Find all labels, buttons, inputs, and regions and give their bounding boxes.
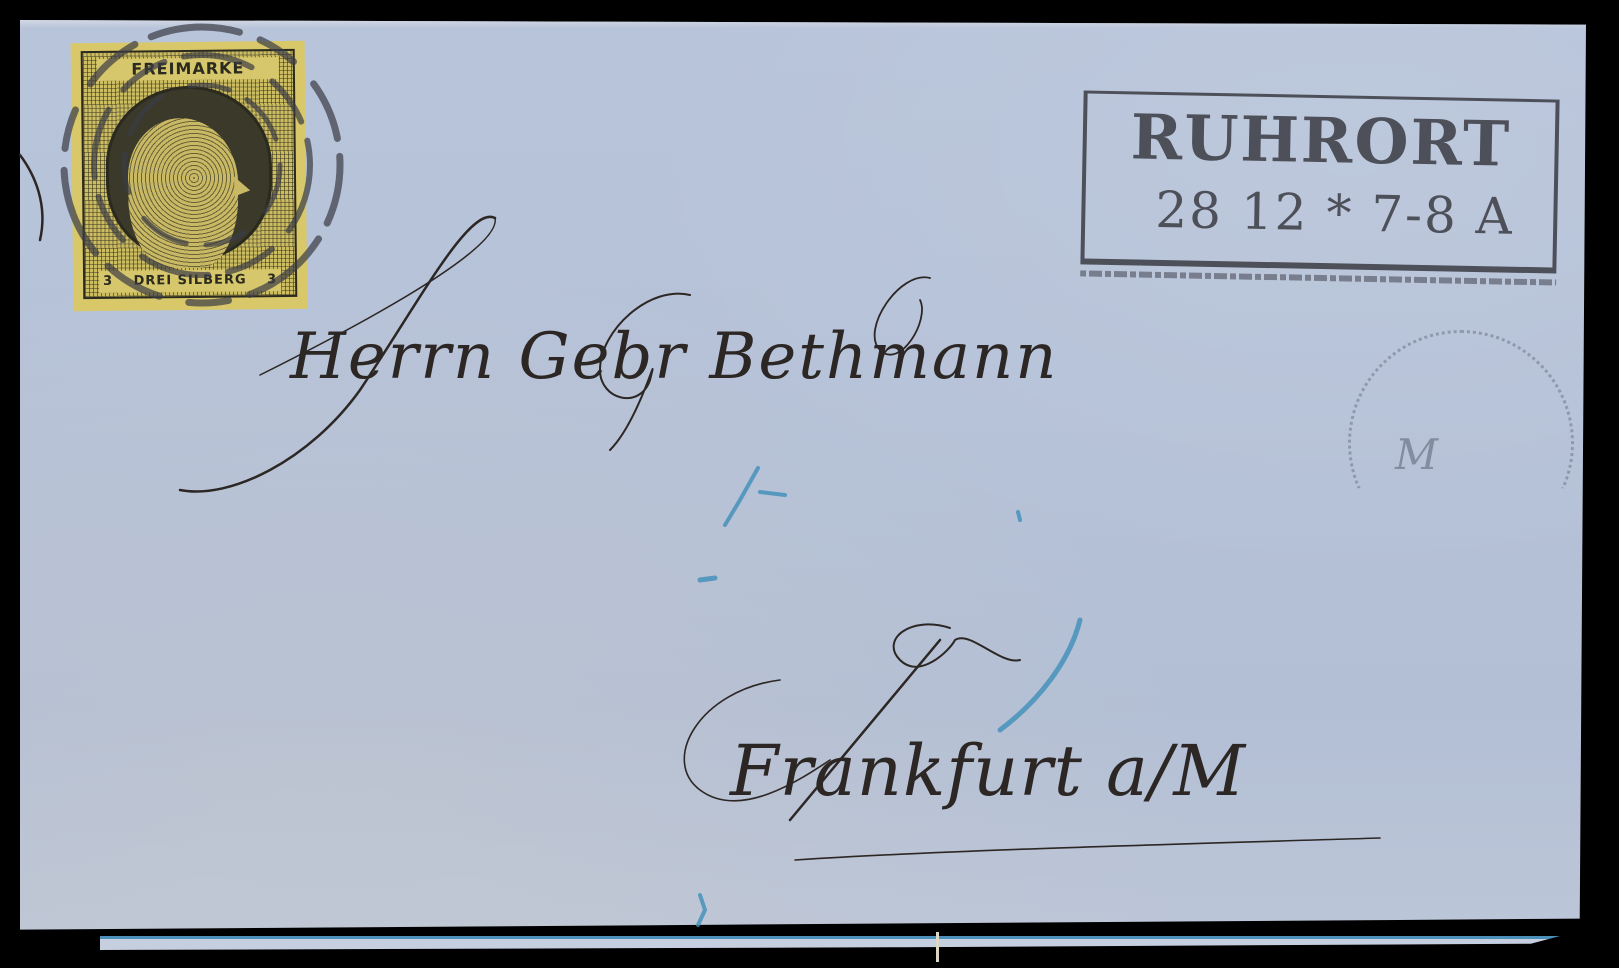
postmark-date: 28 12 * 7-8 A [1155, 181, 1515, 246]
ruhrort-postmark: RUHRORT 28 12 * 7-8 A [1080, 90, 1559, 273]
stamp-engraved-frame: FREIMARKE 3 DREI SILBERG 3 [81, 49, 298, 299]
postage-stamp: FREIMARKE 3 DREI SILBERG 3 [71, 41, 308, 311]
destination-line: Frankfurt a/M [730, 730, 1246, 812]
stamp-value-left: 3 [103, 271, 113, 293]
king-portrait-icon [127, 117, 239, 268]
faint-receiving-mark: M [1395, 430, 1438, 479]
folded-back-flap [100, 936, 1560, 950]
paper-top-edge [20, 20, 1586, 28]
flap-tear [936, 932, 939, 962]
stamp-bottom-label: 3 DREI SILBERG 3 [99, 269, 281, 293]
postmark-town: RUHRORT [1130, 102, 1512, 179]
addressee-line: Herrn Gebr Bethmann [290, 320, 1058, 394]
stamp-denomination: DREI SILBERG [133, 269, 246, 292]
stamp-value-right: 3 [267, 269, 277, 291]
stamp-top-label: FREIMARKE [97, 57, 279, 81]
